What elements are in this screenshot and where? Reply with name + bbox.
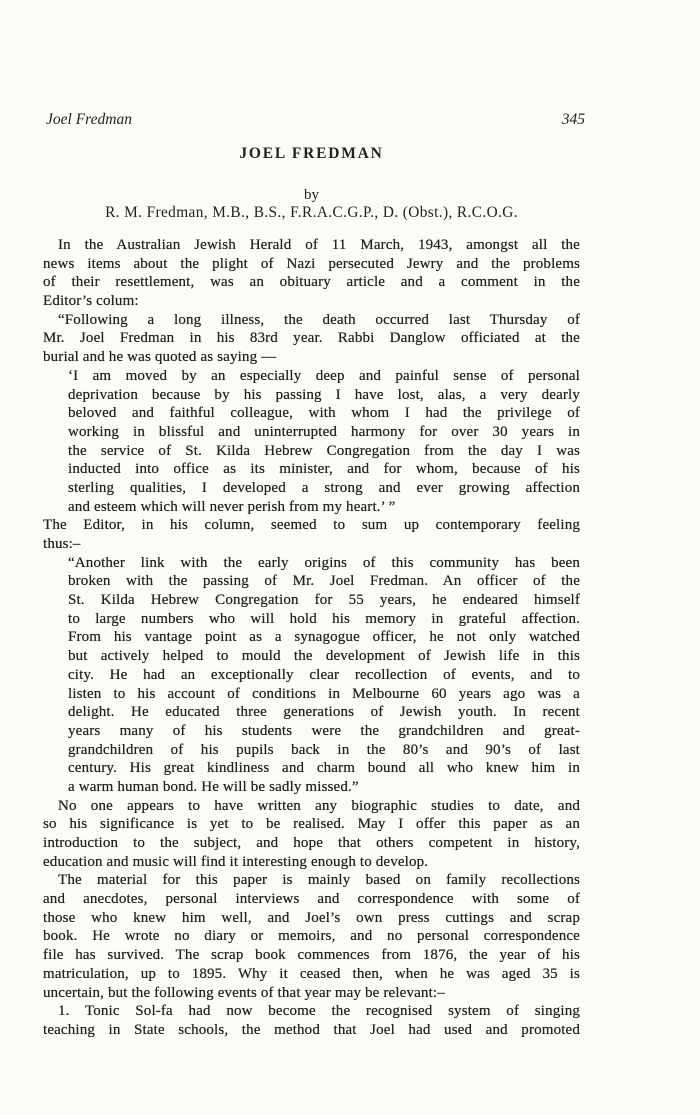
text-line: uncertain, but the following events of t… — [43, 984, 580, 1003]
text-line: ‘I am moved by an especially deep and pa… — [68, 367, 580, 386]
text-line: deprivation because by his passing I hav… — [68, 386, 580, 405]
text-line: From his vantage point as a synagogue of… — [68, 628, 580, 647]
blockquote: ‘I am moved by an especially deep and pa… — [68, 367, 580, 517]
text-line: In the Australian Jewish Herald of 11 Ma… — [43, 236, 580, 255]
text-line: inducted into office as its minister, an… — [68, 460, 580, 479]
text-line: Editor’s colum: — [43, 292, 580, 311]
text-line: news items about the plight of Nazi pers… — [43, 255, 580, 274]
text-line: years many of his students were the gran… — [68, 722, 580, 741]
page-number: 345 — [562, 111, 585, 128]
text-line: city. He had an exceptionally clear reco… — [68, 666, 580, 685]
text-line: sterling qualities, I developed a strong… — [68, 479, 580, 498]
text-line: so his significance is yet to be realise… — [43, 815, 580, 834]
paragraph: The Editor, in his column, seemed to sum… — [43, 516, 580, 553]
text-line: working in blissful and uninterrupted ha… — [68, 423, 580, 442]
text-line: burial and he was quoted as saying — — [43, 348, 580, 367]
text-line: The Editor, in his column, seemed to sum… — [43, 516, 580, 535]
article-body: In the Australian Jewish Herald of 11 Ma… — [43, 236, 580, 1040]
text-line: of their resettlement, was an obituary a… — [43, 273, 580, 292]
paragraph: No one appears to have written any biogr… — [43, 797, 580, 872]
blockquote: “Another link with the early origins of … — [68, 554, 580, 797]
text-line: and anecdotes, personal interviews and c… — [43, 890, 580, 909]
text-line: the service of St. Kilda Hebrew Congrega… — [68, 442, 580, 461]
text-line: teaching in State schools, the method th… — [43, 1021, 580, 1040]
text-line: century. His great kindliness and charm … — [68, 759, 580, 778]
article-title: JOEL FREDMAN — [43, 145, 580, 162]
paragraph: 1. Tonic Sol-fa had now become the recog… — [43, 1002, 580, 1039]
running-header-title: Joel Fredman — [46, 111, 132, 128]
text-line: grandchildren of his pupils back in the … — [68, 741, 580, 760]
text-line: matriculation, up to 1895. Why it ceased… — [43, 965, 580, 984]
text-line: The material for this paper is mainly ba… — [43, 871, 580, 890]
text-line: to large numbers who will hold his memor… — [68, 610, 580, 629]
text-line: St. Kilda Hebrew Congregation for 55 yea… — [68, 591, 580, 610]
text-line: broken with the passing of Mr. Joel Fred… — [68, 572, 580, 591]
document-page: Joel Fredman 345 JOEL FREDMAN by R. M. F… — [0, 0, 700, 1115]
text-line: a warm human bond. He will be sadly miss… — [68, 778, 580, 797]
text-line: “Another link with the early origins of … — [68, 554, 580, 573]
running-header: Joel Fredman 345 — [46, 111, 585, 128]
text-line: introduction to the subject, and hope th… — [43, 834, 580, 853]
byline-by: by — [43, 187, 580, 203]
text-line: Mr. Joel Fredman in his 83rd year. Rabbi… — [43, 329, 580, 348]
text-line: book. He wrote no diary or memoirs, and … — [43, 927, 580, 946]
text-line: and esteem which will never perish from … — [68, 498, 580, 517]
paragraph: In the Australian Jewish Herald of 11 Ma… — [43, 236, 580, 311]
paragraph: “Following a long illness, the death occ… — [43, 311, 580, 367]
text-line: thus:– — [43, 535, 580, 554]
paragraph: The material for this paper is mainly ba… — [43, 871, 580, 1002]
text-line: delight. He educated three generations o… — [68, 703, 580, 722]
text-line: but actively helped to mould the develop… — [68, 647, 580, 666]
byline-author: R. M. Fredman, M.B., B.S., F.R.A.C.G.P.,… — [43, 204, 580, 221]
text-line: No one appears to have written any biogr… — [43, 797, 580, 816]
text-line: listen to his account of conditions in M… — [68, 685, 580, 704]
text-line: file has survived. The scrap book commen… — [43, 946, 580, 965]
text-line: “Following a long illness, the death occ… — [43, 311, 580, 330]
text-line: those who knew him well, and Joel’s own … — [43, 909, 580, 928]
text-line: education and music will find it interes… — [43, 853, 580, 872]
text-line: 1. Tonic Sol-fa had now become the recog… — [43, 1002, 580, 1021]
text-line: beloved and faithful colleague, with who… — [68, 404, 580, 423]
